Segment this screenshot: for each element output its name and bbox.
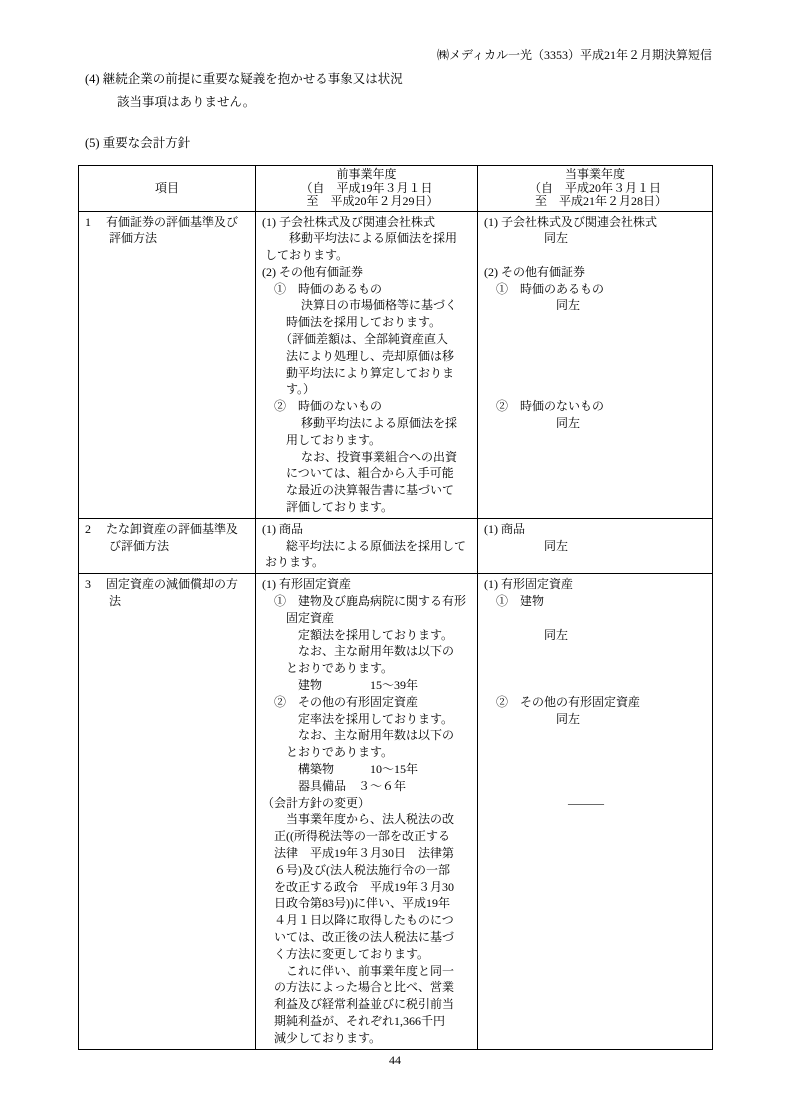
text-line: （自 平成20年３月１日 <box>484 182 706 196</box>
text-line: ① 時価のあるもの <box>262 281 471 298</box>
text-line: ② その他の有形固定資産 <box>484 694 706 711</box>
text-line: （評価差額は、全部純資産直入 <box>262 331 471 348</box>
text-line: ② 時価のないもの <box>262 398 471 415</box>
text-line <box>484 660 706 677</box>
table-row-inventory-valuation: 2 たな卸資産の評価基準及 び評価方法 (1) 商品 総平均法による原価法を採用… <box>79 518 713 573</box>
text-line: 動平均法により算定しておりま <box>262 365 471 382</box>
text-line: な最近の決算報告書に基づいて <box>262 482 471 499</box>
text-line: (1) 有形固定資産 <box>262 576 471 593</box>
text-line: 至 平成20年２月29日） <box>262 195 471 209</box>
text-line <box>484 677 706 694</box>
text-line <box>484 727 706 744</box>
table-row-securities-valuation: 1 有価証券の評価基準及び 評価方法 (1) 子会社株式及び関連会社株式 移動平… <box>79 211 713 518</box>
text-line: 総平均法による原価法を採用して <box>262 538 471 555</box>
text-line: 当事業年度 <box>484 168 706 182</box>
text-line: 至 平成21年２月28日） <box>484 195 706 209</box>
text-line: 器具備品 ３～６年 <box>262 778 471 795</box>
text-line <box>484 348 706 365</box>
text-line <box>484 331 706 348</box>
text-line: 期純利益が、それぞれ1,366千円 <box>262 1013 471 1030</box>
text-line: なお、主な耐用年数は以下の <box>262 727 471 744</box>
text-line: 評価方法 <box>85 230 249 247</box>
text-line: なお、主な耐用年数は以下の <box>262 643 471 660</box>
header-cell-prev-year: 前事業年度（自 平成19年３月１日 至 平成20年２月29日） <box>256 166 478 212</box>
text-line: しております。 <box>262 247 471 264</box>
doc-header-title: ㈱メディカル一光（3353）平成21年２月期決算短信 <box>0 46 712 63</box>
text-line: 時価法を採用しております。 <box>262 314 471 331</box>
text-line: 決算日の市場価格等に基づく <box>262 297 471 314</box>
text-line: 用しております。 <box>262 432 471 449</box>
text-line: 同左 <box>484 230 706 247</box>
text-line: については、組合から入手可能 <box>262 465 471 482</box>
text-line: (2) その他有価証券 <box>484 264 706 281</box>
text-line: ６号)及び(法人税法施行令の一部 <box>262 862 471 879</box>
text-line: いては、改正後の法人税法に基づ <box>262 929 471 946</box>
text-line: これに伴い、前事業年度と同一 <box>262 963 471 980</box>
text-line <box>484 247 706 264</box>
text-line: （会計方針の変更） <box>262 795 471 812</box>
text-line: 建物 15～39年 <box>262 677 471 694</box>
text-line: ② その他の有形固定資産 <box>262 694 471 711</box>
text-line: 定額法を採用しております。 <box>262 627 471 644</box>
text-line: 固定資産 <box>262 610 471 627</box>
text-line: 評価しております。 <box>262 499 471 516</box>
text-line <box>484 381 706 398</box>
text-line: 1 有価証券の評価基準及び <box>85 214 249 231</box>
table-header-row: 項目 前事業年度（自 平成19年３月１日 至 平成20年２月29日） 当事業年度… <box>79 166 713 212</box>
text-line: 減少しております。 <box>262 1030 471 1047</box>
text-line: 当事業年度から、法人税法の改 <box>262 811 471 828</box>
text-line: 日政令第83号))に伴い、平成19年 <box>262 895 471 912</box>
text-line <box>484 744 706 761</box>
text-line: び評価方法 <box>85 538 249 555</box>
text-line: とおりであります。 <box>262 660 471 677</box>
text-line: 項目 <box>85 182 249 196</box>
text-line: を改正する政令 平成19年３月30 <box>262 879 471 896</box>
text-line: (1) 子会社株式及び関連会社株式 <box>262 214 471 231</box>
text-line: 2 たな卸資産の評価基準及 <box>85 521 249 538</box>
section-4-note: 該当事項はありません。 <box>117 92 255 110</box>
text-line: ① 建物 <box>484 593 706 610</box>
text-line: (1) 有形固定資産 <box>484 576 706 593</box>
text-line: 正((所得税法等の一部を改正する <box>262 828 471 845</box>
text-line: 同左 <box>484 415 706 432</box>
text-line: の方法によった場合と比べ、営業 <box>262 979 471 996</box>
accounting-policies-table: 項目 前事業年度（自 平成19年３月１日 至 平成20年２月29日） 当事業年度… <box>78 165 713 1050</box>
text-line <box>484 314 706 331</box>
cell-row2-item: 2 たな卸資産の評価基準及 び評価方法 <box>79 518 256 573</box>
table-row-depreciation-method: 3 固定資産の減価償却の方 法 (1) 有形固定資産 ① 建物及び鹿島病院に関す… <box>79 574 713 1049</box>
text-line: ② 時価のないもの <box>484 398 706 415</box>
text-line: 前事業年度 <box>262 168 471 182</box>
section-5-heading: (5) 重要な会計方針 <box>85 133 190 151</box>
text-line: 同左 <box>484 711 706 728</box>
text-line: 3 固定資産の減価償却の方 <box>85 576 249 593</box>
text-line: (1) 商品 <box>262 521 471 538</box>
text-line: とおりであります。 <box>262 744 471 761</box>
text-line: 同左 <box>484 538 706 555</box>
text-line: 定率法を採用しております。 <box>262 711 471 728</box>
text-line <box>484 643 706 660</box>
cell-row2-prev: (1) 商品 総平均法による原価法を採用して おります。 <box>256 518 478 573</box>
text-line <box>484 761 706 778</box>
cell-row2-curr: (1) 商品 同左 <box>478 518 713 573</box>
text-line: 法律 平成19年３月30日 法律第 <box>262 845 471 862</box>
cell-row3-prev: (1) 有形固定資産 ① 建物及び鹿島病院に関する有形 固定資産 定額法を採用し… <box>256 574 478 1049</box>
text-line: おります。 <box>262 554 471 571</box>
text-line: (2) その他有価証券 <box>262 264 471 281</box>
cell-row1-curr: (1) 子会社株式及び関連会社株式 同左(2) その他有価証券 ① 時価のあるも… <box>478 211 713 518</box>
text-line: （自 平成19年３月１日 <box>262 182 471 196</box>
text-line: く方法に変更しております。 <box>262 946 471 963</box>
text-line: ４月１日以降に取得したものにつ <box>262 912 471 929</box>
text-line: (1) 子会社株式及び関連会社株式 <box>484 214 706 231</box>
text-line <box>484 778 706 795</box>
header-cell-item: 項目 <box>79 166 256 212</box>
text-line: 利益及び経常利益並びに税引前当 <box>262 996 471 1013</box>
cell-row3-curr: (1) 有形固定資産 ① 建物 同左 ② その他の有形固定資産 同左 ――― <box>478 574 713 1049</box>
text-line <box>484 365 706 382</box>
text-line: 同左 <box>484 297 706 314</box>
text-line: なお、投資事業組合への出資 <box>262 449 471 466</box>
cell-row1-prev: (1) 子会社株式及び関連会社株式 移動平均法による原価法を採用 しております。… <box>256 211 478 518</box>
text-line: 同左 <box>484 627 706 644</box>
header-cell-curr-year: 当事業年度（自 平成20年３月１日 至 平成21年２月28日） <box>478 166 713 212</box>
section-4-heading: (4) 継続企業の前提に重要な疑義を抱かせる事象又は状況 <box>85 69 403 87</box>
text-line: 構築物 10～15年 <box>262 761 471 778</box>
page-number: 44 <box>0 1053 790 1068</box>
text-line: ――― <box>484 795 706 812</box>
cell-row1-item: 1 有価証券の評価基準及び 評価方法 <box>79 211 256 518</box>
text-line <box>484 610 706 627</box>
text-line: 法により処理し、売却原価は移 <box>262 348 471 365</box>
cell-row3-item: 3 固定資産の減価償却の方 法 <box>79 574 256 1049</box>
text-line: 法 <box>85 593 249 610</box>
text-line: (1) 商品 <box>484 521 706 538</box>
text-line: ① 建物及び鹿島病院に関する有形 <box>262 593 471 610</box>
text-line: 移動平均法による原価法を採用 <box>262 230 471 247</box>
text-line: す。） <box>262 381 471 398</box>
text-line: 移動平均法による原価法を採 <box>262 415 471 432</box>
text-line: ① 時価のあるもの <box>484 281 706 298</box>
document-page: ㈱メディカル一光（3353）平成21年２月期決算短信 (4) 継続企業の前提に重… <box>0 0 790 1118</box>
